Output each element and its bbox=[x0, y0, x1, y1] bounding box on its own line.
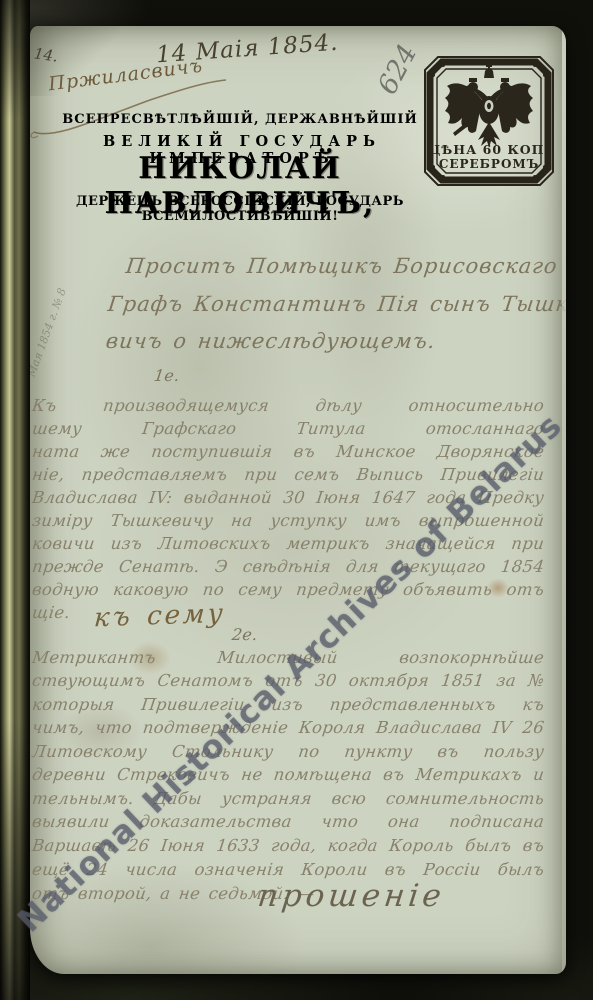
body-text-line: ковичи изъ Литовскихъ метрикъ значащейся… bbox=[31, 534, 546, 556]
stamp-price-line1: ЦѢНА 60 КОП. bbox=[422, 142, 556, 157]
stamp-price-line2: СЕРЕБРОМЪ bbox=[422, 157, 556, 171]
closing-word: прошеніе bbox=[256, 878, 447, 914]
body-text-line: Къ производящемуся дѣлу относительно соп… bbox=[31, 396, 546, 418]
adjacent-page-edge bbox=[0, 0, 30, 1000]
body-text-line: чимъ, что подтвержденіе Короля Владислав… bbox=[31, 718, 546, 740]
attach-note: къ сему bbox=[93, 599, 227, 634]
section-2-label: 2е. bbox=[231, 625, 259, 644]
section-1-label: 1е. bbox=[153, 366, 181, 385]
margin-note: Мая 1854 г. № 8 bbox=[30, 286, 69, 378]
photo-backdrop: 14. Пржиласвичъ 14 Маія 1854. 624 Мая 18… bbox=[0, 0, 593, 1000]
letterhead-line4: ДЕРЖЕЦЪ ВСЕРОССІЙСКІЙ, ГОСУДАРЬ ВСЕМИЛОС… bbox=[30, 194, 458, 224]
revenue-stamp: ЦѢНА 60 КОП. СЕРЕБРОМЪ bbox=[422, 54, 556, 188]
letterhead-line1: ВСЕПРЕСВѢТЛѢЙШІЙ, ДЕРЖАВНѢЙШІЙ bbox=[30, 112, 450, 127]
date-annotation: 14 Маія 1854. bbox=[155, 30, 339, 69]
body-text-line: шему Графскаго Титула отосланнаго Правит… bbox=[31, 419, 546, 441]
petition-heading-line: вичъ о нижеслѣдующемъ. bbox=[105, 329, 438, 353]
body-text-line: Литовскому Стольнику по пункту въ пользу… bbox=[31, 742, 546, 764]
pencil-number: 624 bbox=[372, 39, 424, 99]
body-text-line: ната же поступившія въ Минское Дворянско… bbox=[31, 442, 546, 464]
corner-number: 14. bbox=[33, 44, 59, 65]
body-text-line: тельнымъ. Дабы устраняя всю сомнительнос… bbox=[31, 789, 546, 811]
body-text-line: прежде Сенатѣ. Э свѣдѣнія для текущаго 1… bbox=[31, 557, 546, 579]
body-text-line: водную каковую по сему предмету объявить… bbox=[31, 580, 546, 602]
petition-heading-line: Проситъ Помѣщикъ Борисовскаго Уѣзда bbox=[125, 254, 566, 278]
petition-heading-line: Графъ Константинъ Пія сынъ Тышке- bbox=[107, 292, 566, 316]
body-text-line: деревни Стрековичъ не помѣщена въ Метрик… bbox=[31, 765, 546, 787]
